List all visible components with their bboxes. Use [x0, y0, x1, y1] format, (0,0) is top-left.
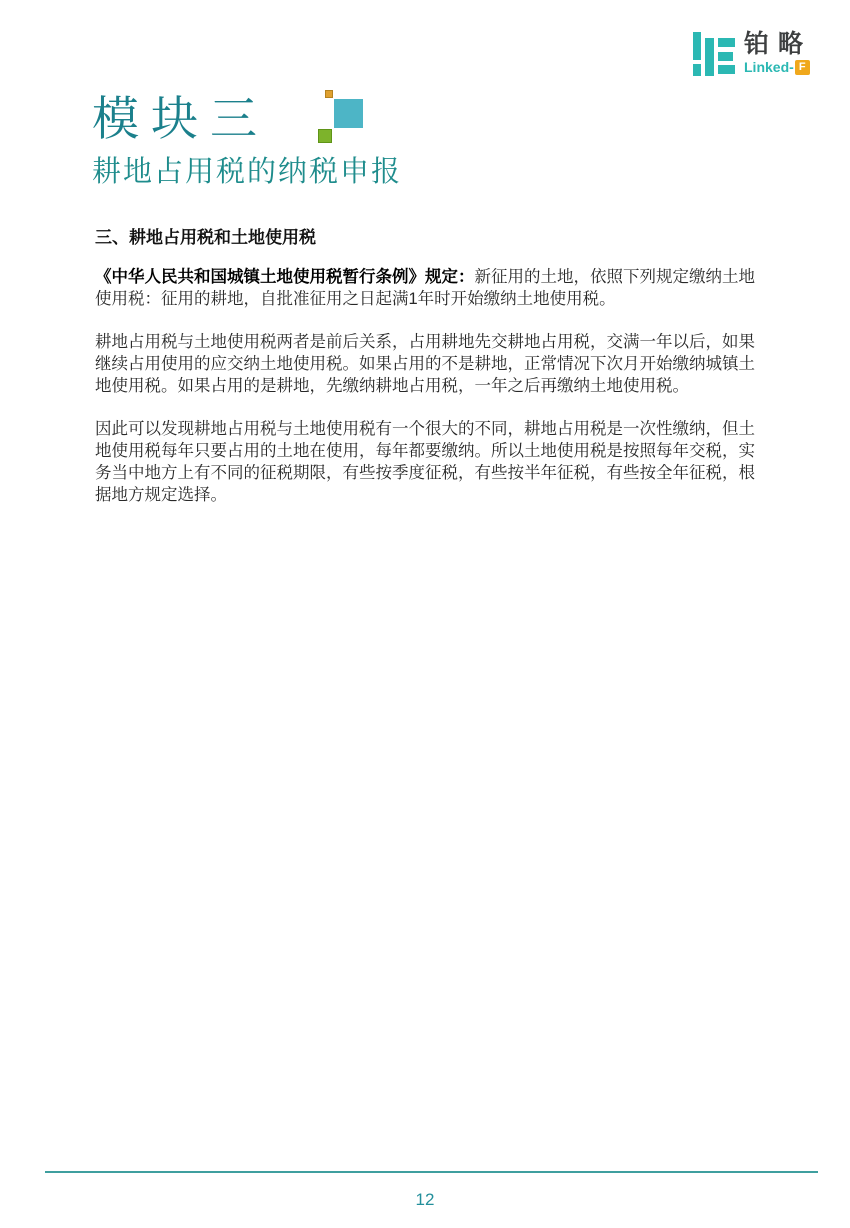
- document-page: 铂略 Linked- F 模块三 耕地占用税的纳税申报 三、耕地占用税和土地使用…: [0, 0, 850, 1228]
- logo-block: [693, 32, 701, 60]
- brand-text: 铂略 Linked- F: [744, 30, 812, 75]
- section-heading: 三、耕地占用税和土地使用税: [95, 226, 771, 249]
- brand-f-badge: F: [795, 60, 810, 75]
- logo-block: [718, 65, 735, 74]
- paragraph-text: 耕地占用税与土地使用税两者是前后关系，占用耕地先交耕地占用税，交满一年以后，如果…: [95, 333, 755, 395]
- page-number: 12: [0, 1190, 850, 1210]
- logo-block: [705, 38, 714, 76]
- module-header: 模块三 耕地占用税的纳税申报: [92, 94, 402, 189]
- brand-en-prefix: Linked-: [744, 59, 794, 75]
- module-title: 模块三: [92, 94, 402, 146]
- logo-block: [718, 38, 735, 47]
- paragraph-difference: 因此可以发现耕地占用税与土地使用税有一个很大的不同，耕地占用税是一次性缴纳，但土…: [95, 418, 771, 506]
- module-subtitle: 耕地占用税的纳税申报: [92, 155, 402, 189]
- brand-name-chinese: 铂略: [744, 30, 812, 58]
- brand-name-english: Linked- F: [744, 59, 812, 75]
- paragraph-relationship: 耕地占用税与土地使用税两者是前后关系，占用耕地先交耕地占用税，交满一年以后，如果…: [95, 331, 771, 397]
- regulation-bold-prefix: 《中华人民共和国城镇土地使用税暂行条例》规定：: [95, 268, 475, 286]
- logo-block: [718, 52, 733, 61]
- document-body: 三、耕地占用税和土地使用税 《中华人民共和国城镇土地使用税暂行条例》规定：新征用…: [95, 226, 771, 527]
- paragraph-regulation: 《中华人民共和国城镇土地使用税暂行条例》规定：新征用的土地，依照下列规定缴纳土地…: [95, 266, 771, 310]
- paragraph-text: 因此可以发现耕地占用税与土地使用税有一个很大的不同，耕地占用税是一次性缴纳，但土…: [95, 420, 755, 504]
- brand-logo: 铂略 Linked- F: [690, 30, 812, 77]
- linked-f-logo-icon: [690, 30, 736, 77]
- footer-divider: [45, 1171, 818, 1173]
- logo-block: [693, 64, 701, 76]
